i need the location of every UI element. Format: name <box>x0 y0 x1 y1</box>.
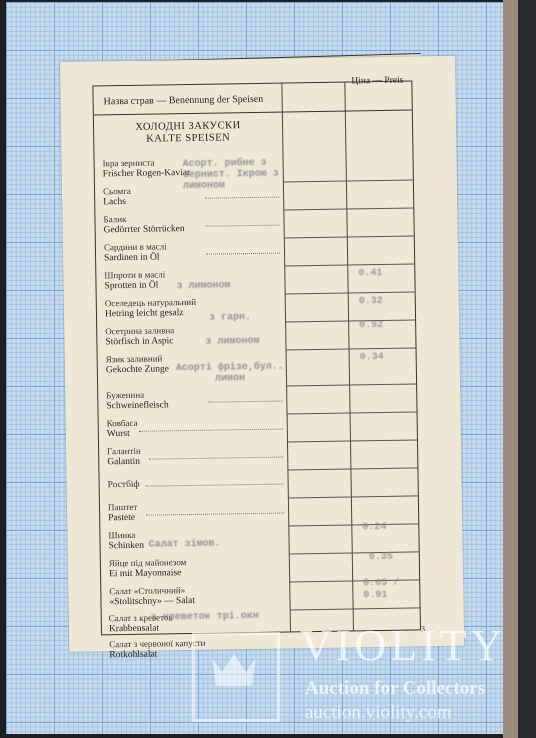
item-name-de: Gedörrter Störrücken <box>104 224 185 235</box>
item-name-de: Sardinen in Öl <box>104 252 160 263</box>
menu-item: Сьомга Lachs <box>95 181 413 212</box>
item-name-ua: Осетрина заливна <box>105 325 174 336</box>
item-price: 0.65 / 0.91 <box>363 578 403 603</box>
item-name-ua: Паштет <box>108 502 137 512</box>
item-name-de: Lachs <box>103 197 126 207</box>
typed-stamp: з креветок трі.окн <box>151 611 259 624</box>
item-name-ua: Галантін <box>107 446 141 457</box>
scanner-edge-strip <box>503 0 518 738</box>
item-name-ua: Язик заливний <box>106 353 163 364</box>
typed-stamp: Салат зімов. <box>149 539 221 551</box>
typed-stamp: з лимоном <box>176 280 230 292</box>
item-name-de: Pastete <box>108 513 135 523</box>
item-name-de: Krabbensalat <box>109 624 159 635</box>
item-name-ua: Шинка <box>108 530 135 540</box>
item-price: 0.92 <box>359 320 383 331</box>
item-price: 0.41 <box>358 268 382 279</box>
item-name-ua: Оселедець натуральний <box>105 297 196 308</box>
menu-item: Галантін Galantin <box>99 441 417 472</box>
section-title-de: KALTE SPEISEN <box>94 132 282 147</box>
menu-item: Салат «Столичний» «Stolitschny» — Salat … <box>101 581 419 612</box>
table-header: Назва страв — Benennung der Speisen Ціна… <box>93 81 411 115</box>
item-name-de: Schinken <box>109 541 145 552</box>
item-name-de: Ei mit Mayonnaise <box>109 568 181 579</box>
menu-item: Язик заливний Gekochte Zunge Асорті фріз… <box>98 349 416 388</box>
item-name-de: «Stolitschny» — Salat <box>109 596 195 607</box>
menu-item: Буженина Schweinefleisch <box>98 385 416 416</box>
item-name-ua: Сьомга <box>103 186 131 196</box>
item-name-de: Frischer Rogen-Kaviar <box>103 168 190 179</box>
item-name-ua: Ікра зерниста <box>103 158 155 169</box>
scanner-dark-border <box>518 0 536 738</box>
menu-item: Балик Gedörrter Störrücken <box>95 209 413 240</box>
item-price: 0.32 <box>359 296 383 307</box>
menu-item: Сардини в маслі Sardinen in Öl <box>96 237 414 268</box>
item-name-ua: Сардини в маслі <box>104 241 167 252</box>
menu-item: Ростбіф <box>99 469 417 500</box>
item-name-ua: Салат «Столичний» <box>109 585 185 596</box>
item-name-ua: Яйце під майонезом <box>109 557 187 568</box>
item-name-ua: Ковбаса <box>107 418 138 428</box>
typed-stamp: з гарн. <box>209 312 251 324</box>
typed-stamp: з лимоном <box>205 336 259 348</box>
item-name-de: Hetring leicht gesalz <box>105 308 184 319</box>
item-name-ua: Ростбіф <box>108 480 140 491</box>
crown-icon <box>210 650 258 690</box>
menu-item: Шпроти в маслі Sprotten in Öl з лимоном … <box>96 265 414 296</box>
item-name-de: Störfisch in Aspic <box>105 336 173 347</box>
item-name-de: Galantin <box>107 457 140 468</box>
menu-item: Ковбаса Wurst <box>99 413 417 444</box>
item-name-de: Wurst <box>107 429 130 439</box>
item-name-ua: Буженина <box>106 390 144 401</box>
menu-page: Назва страв — Benennung der Speisen Ціна… <box>60 56 464 652</box>
item-price: 0.34 <box>360 352 384 363</box>
header-name-column: Назва страв — Benennung der Speisen <box>104 94 264 108</box>
menu-item: Ікра зерниста Frischer Rogen-Kaviar Асор… <box>95 153 413 184</box>
menu-table: Назва страв — Benennung der Speisen Ціна… <box>92 80 421 635</box>
item-name-ua: Шпроти в маслі <box>104 269 165 280</box>
item-name-de: Sprotten in Öl <box>104 280 158 291</box>
item-price: 0.35 <box>369 552 393 563</box>
page-number: 3 <box>421 624 425 633</box>
item-name-de: Schweinefleisch <box>106 400 168 411</box>
menu-item: Осетрина заливна Störfisch in Aspic з ли… <box>97 321 415 352</box>
typed-stamp: Асорті фрізе,бул.. лимон <box>170 361 290 385</box>
header-price-column: Ціна — Preis <box>351 76 403 87</box>
item-name-de: Rotkohlsalat <box>109 650 157 661</box>
item-name-de: Gekochte Zunge <box>106 364 169 375</box>
item-price: 0.24 <box>362 522 386 533</box>
item-name-ua: Балик <box>103 214 126 224</box>
